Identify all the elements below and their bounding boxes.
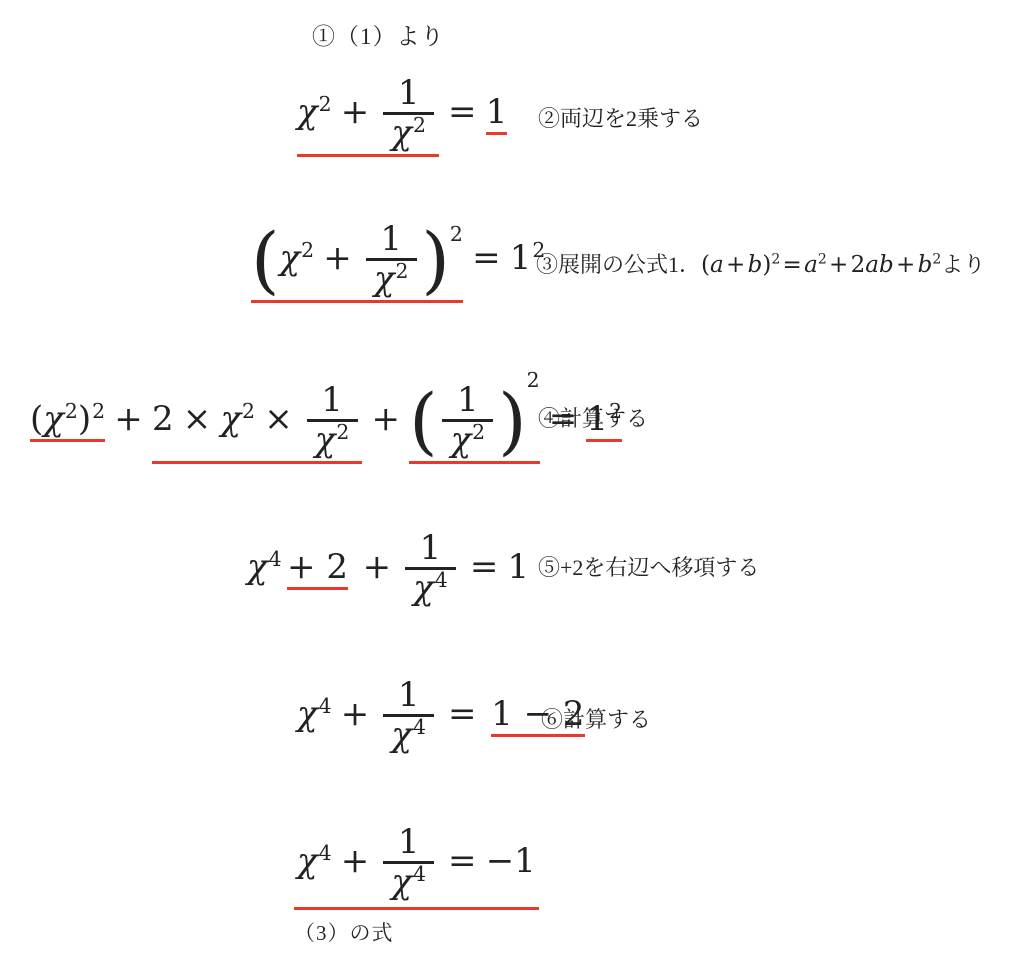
equals-sign: = <box>448 697 477 733</box>
numerator: 1 <box>372 222 410 258</box>
chi: χ <box>374 259 395 299</box>
outer-exponent: 2 <box>92 399 105 423</box>
exponent: 4 <box>269 547 282 571</box>
exponent: 4 <box>319 841 332 865</box>
expansion-formula: (a+b)2=a2+2ab+b2 <box>701 252 941 278</box>
var-ab: ab <box>865 252 893 278</box>
chi: χ <box>297 694 318 734</box>
annotation-3: ③展開の公式1．(a+b)2=a2+2ab+b2より <box>536 250 985 281</box>
equals-sign: = <box>448 844 477 880</box>
plus-operator: + <box>363 550 392 586</box>
fraction: 1 χ4 <box>405 531 456 605</box>
exponent: 2 <box>771 251 780 267</box>
chi: χ <box>220 399 241 439</box>
rhs-value: 1 <box>486 95 508 131</box>
chi-fourth-term: χ4 <box>297 844 332 880</box>
chi: χ <box>391 715 412 755</box>
annotation-2: ②両辺を2乗する <box>538 104 703 134</box>
numerator: 1 <box>390 678 428 714</box>
equation-caption: （3）の式 <box>294 917 394 947</box>
red-underlined-term-2: 2 × χ2 × 1 χ2 <box>152 383 362 457</box>
red-underlined-rhs: 1 <box>486 95 508 131</box>
numerator: 1 <box>449 383 487 419</box>
annotation-6: ⑥計算する <box>541 705 651 735</box>
red-underlined-term-1: (χ2)2 <box>30 402 105 438</box>
plus-operator: + <box>341 697 370 733</box>
equation-1: χ2 + 1 χ2 = 1 <box>297 76 507 150</box>
open-paren: ( <box>30 399 43 439</box>
exponent: 4 <box>319 694 332 718</box>
numerator: 1 <box>390 825 428 861</box>
denominator: χ4 <box>405 567 456 605</box>
worksheet-page: ①（1）より χ2 + 1 χ2 = 1 ②両辺を2乗する ( χ2 + 1 χ… <box>0 0 1024 959</box>
denominator: χ2 <box>307 419 358 457</box>
plus-operator: + <box>341 95 370 131</box>
exponent: 2 <box>413 113 426 137</box>
numerator: 1 <box>313 383 351 419</box>
exponent: 2 <box>472 420 485 444</box>
chi: χ <box>451 420 472 460</box>
chi: χ <box>315 420 336 460</box>
chi: χ <box>43 399 64 439</box>
red-underlined-plus-2: + 2 <box>287 550 348 586</box>
chi: χ <box>391 113 412 153</box>
equals-sign: = <box>783 252 802 278</box>
equation-3: (χ2)2 + 2 × χ2 × 1 χ2 + ( 1 χ2 ) 2 = 12 <box>30 383 622 457</box>
numerator: 1 <box>411 531 449 567</box>
equation-2: ( χ2 + 1 χ2 ) 2 = 12 <box>251 222 545 296</box>
rhs-value: −1 <box>486 844 536 880</box>
fraction: 1 χ2 <box>383 76 434 150</box>
chi: χ <box>297 92 318 132</box>
red-underlined-lhs: χ2 + 1 χ2 <box>297 76 439 150</box>
chi-squared-term: χ2 <box>297 95 332 131</box>
var-b: b <box>918 252 933 278</box>
rhs-value: 1 <box>508 550 530 586</box>
red-underlined-lhs: ( χ2 + 1 χ2 ) 2 <box>251 222 463 296</box>
exponent: 2 <box>932 251 941 267</box>
plus-operator: + <box>323 241 352 277</box>
plus-operator: + <box>341 844 370 880</box>
chi-squared-term: χ2 <box>280 241 315 277</box>
annotation-3-suffix: より <box>941 252 985 277</box>
equals-sign: = <box>472 241 501 277</box>
fraction: 1 χ4 <box>383 678 434 752</box>
equation-4: χ4 + 2 + 1 χ4 = 1 <box>247 531 529 605</box>
var-a: a <box>804 252 818 278</box>
chi: χ <box>413 568 434 608</box>
fraction: 1 χ2 <box>442 383 493 457</box>
plus-2-term: + 2 <box>287 550 348 586</box>
var-a: a <box>710 252 724 278</box>
close-paren: ) <box>78 399 91 439</box>
open-paren: ( <box>701 252 710 278</box>
exponent: 4 <box>413 862 426 886</box>
chi-squared-term: χ2 <box>220 402 255 438</box>
fraction: 1 χ2 <box>307 383 358 457</box>
red-underlined-equation: χ4 + 1 χ4 = −1 <box>297 825 536 899</box>
denominator: χ2 <box>383 112 434 150</box>
exponent: 4 <box>413 715 426 739</box>
exponent: 2 <box>818 251 827 267</box>
red-underlined-term-3: ( 1 χ2 ) 2 <box>409 383 539 457</box>
chi: χ <box>391 862 412 902</box>
plus-operator: + <box>371 402 400 438</box>
coefficient-2: 2 <box>851 252 866 278</box>
equals-sign: = <box>470 550 499 586</box>
close-paren: ) <box>762 252 771 278</box>
annotation-5: ⑤+2を右辺へ移項する <box>538 553 759 583</box>
plus-operator: + <box>896 252 915 278</box>
exponent: 2 <box>242 399 255 423</box>
plus-operator: + <box>726 252 745 278</box>
plus-operator: + <box>114 402 143 438</box>
chi: χ <box>247 547 268 587</box>
times-operator: × <box>264 402 293 438</box>
exponent: 2 <box>65 399 78 423</box>
annotation-3-text: ③展開の公式1． <box>536 252 701 277</box>
numerator: 1 <box>390 76 428 112</box>
exponent: 2 <box>336 420 349 444</box>
chi-squared-squared: (χ2)2 <box>30 402 105 438</box>
coefficient-2: 2 <box>152 402 174 438</box>
chi: χ <box>280 238 301 278</box>
chi: χ <box>297 841 318 881</box>
fraction: 1 χ2 <box>366 222 417 296</box>
exponent: 4 <box>435 568 448 592</box>
var-b: b <box>748 252 763 278</box>
times-operator: × <box>183 402 212 438</box>
chi-fourth-term: χ4 <box>247 550 282 586</box>
one: 1 <box>510 238 532 278</box>
outer-exponent: 2 <box>450 224 463 244</box>
exponent: 2 <box>395 259 408 283</box>
denominator: χ4 <box>383 861 434 899</box>
denominator: χ2 <box>442 419 493 457</box>
equals-sign: = <box>448 95 477 131</box>
outer-exponent: 2 <box>527 370 540 390</box>
heading-step-1: ①（1）より <box>312 18 445 51</box>
denominator: χ2 <box>366 258 417 296</box>
fraction: 1 χ4 <box>383 825 434 899</box>
exponent: 2 <box>301 238 314 262</box>
denominator: χ4 <box>383 714 434 752</box>
plus-operator: + <box>829 252 848 278</box>
exponent: 2 <box>319 92 332 116</box>
annotation-4: ④計算する <box>538 404 648 434</box>
equation-6: χ4 + 1 χ4 = −1 <box>297 825 536 899</box>
chi-fourth-term: χ4 <box>297 697 332 733</box>
